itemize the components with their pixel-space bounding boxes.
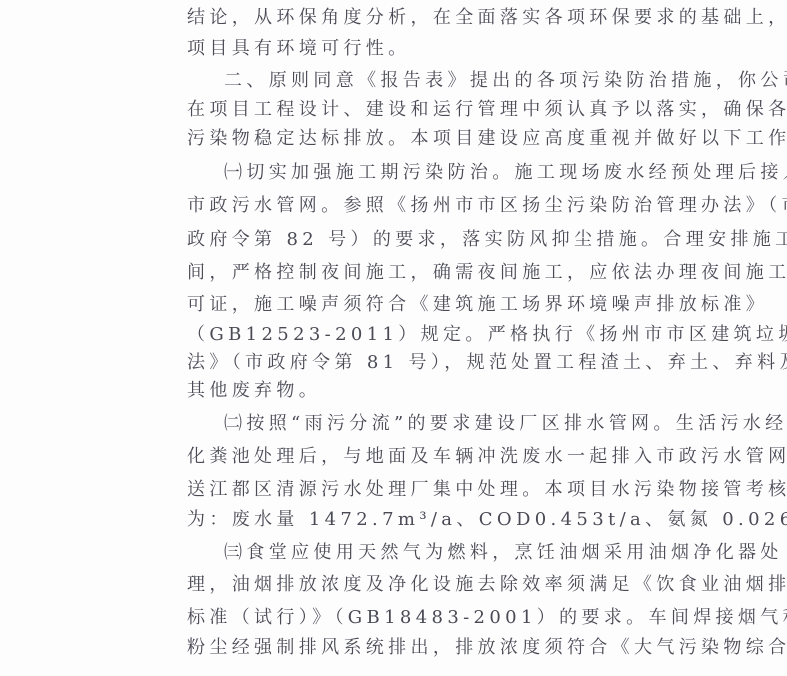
text-line: 化粪池处理后，与地面及车辆冲洗废水一起排入市政污水管网， <box>187 446 787 468</box>
text-line: 为：废水量 1472.7m³/a、COD0.453t/a、氨氮 0.026t/a… <box>187 509 787 531</box>
text-line: 结论，从环保角度分析，在全面落实各项环保要求的基础上，该 <box>187 7 787 29</box>
text-line: 在项目工程设计、建设和运行管理中须认真予以落实，确保各类 <box>187 99 787 121</box>
text-line: 污染物稳定达标排放。本项目建设应高度重视并做好以下工作： <box>187 128 787 150</box>
text-line: 理，油烟排放浓度及净化设施去除效率须满足《饮食业油烟排放 <box>187 574 787 596</box>
text-line: 项目具有环境可行性。 <box>187 38 411 60</box>
document-page: 结论，从环保角度分析，在全面落实各项环保要求的基础上，该 项目具有环境可行性。 … <box>0 0 787 676</box>
paragraph-start-line: ㈢食堂应使用天然气为燃料，烹饪油烟采用油烟净化器处 <box>224 542 783 564</box>
text-line: 送江都区清源污水处理厂集中处理。本项目水污染物接管考核量 <box>187 479 787 501</box>
text-line: 标准（试行）》（GB18483-2001）的要求。车间焊接烟气和打磨 <box>187 607 787 629</box>
text-line: 其他废弃物。 <box>187 380 321 402</box>
text-line: 粉尘经强制排风系统排出，排放浓度须符合《大气污染物综合排 <box>187 637 787 659</box>
paragraph-start-line: ㈠切实加强施工期污染防治。施工现场废水经预处理后接入 <box>224 162 787 184</box>
text-line: 法》（市政府令第 81 号），规范处置工程渣土、弃土、弃料及 <box>187 352 787 374</box>
text-line: 可证，施工噪声须符合《建筑施工场界环境噪声排放标准》 <box>187 294 768 316</box>
text-line: 间，严格控制夜间施工，确需夜间施工，应依法办理夜间施工许 <box>187 262 787 284</box>
text-line: 政府令第 82 号）的要求，落实防风抑尘措施。合理安排施工时 <box>187 229 787 251</box>
text-line: （GB12523-2011）规定。严格执行《扬州市市区建筑垃圾管理办 <box>187 324 787 346</box>
text-line: 市政污水管网。参照《扬州市市区扬尘污染防治管理办法》（市 <box>187 195 787 217</box>
paragraph-start-line: 二、原则同意《报告表》提出的各项污染防治措施，你公司 <box>224 70 787 92</box>
paragraph-start-line: ㈡按照“雨污分流”的要求建设厂区排水管网。生活污水经 <box>224 413 787 435</box>
